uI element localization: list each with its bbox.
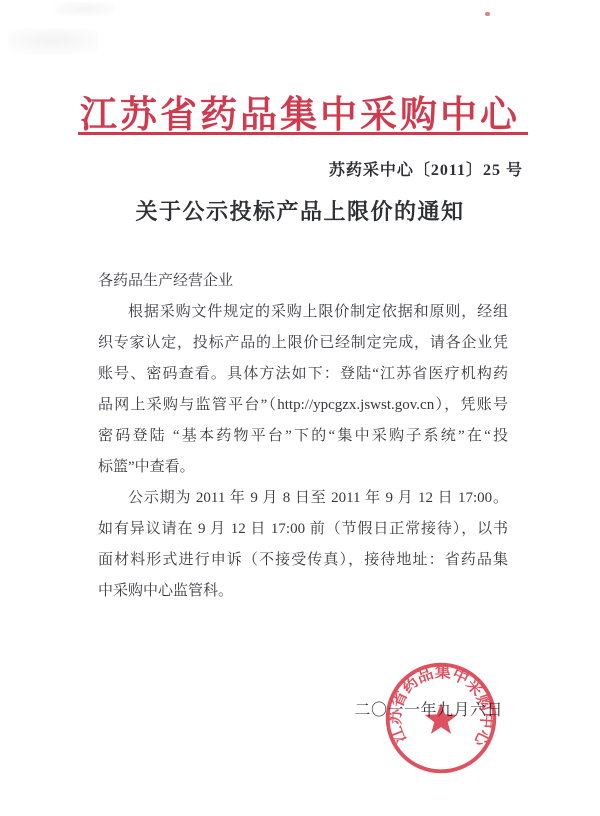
body-line: 标篮”中查看。 <box>98 452 508 483</box>
document-number: 苏药采中心〔2011〕25 号 <box>329 157 523 180</box>
scan-speck <box>485 12 490 16</box>
body-line: 账号、密码查看。具体方法如下：登陆“江苏省医疗机构药 <box>98 359 508 390</box>
body-line: 中采购中心监管科。 <box>98 576 508 607</box>
scan-smudge <box>55 2 115 16</box>
body-line: 品网上采购与监管平台”（http://ypcgzx.jswst.gov.cn），… <box>98 390 508 421</box>
scan-smudge <box>8 28 98 54</box>
notice-title: 关于公示投标产品上限价的通知 <box>0 195 600 226</box>
body-line: 织专家认定，投标产品的上限价已经制定完成，请各企业凭 <box>98 328 508 359</box>
red-divider-line <box>78 132 528 135</box>
body-line: 如有异议请在 9 月 12 日 17:00 前（节假日正常接待），以书 <box>98 514 508 545</box>
seal-star-icon <box>425 703 457 734</box>
body-line: 根据采购文件规定的采购上限价制定依据和原则，经组 <box>98 297 508 328</box>
official-seal-stamp: 江苏省药品集中采购中心 <box>377 654 505 782</box>
document-page: 江苏省药品集中采购中心 苏药采中心〔2011〕25 号 关于公示投标产品上限价的… <box>0 0 600 816</box>
body-line: 公示期为 2011 年 9 月 8 日至 2011 年 9 月 12 日 17:… <box>98 483 508 514</box>
body-line: 各药品生产经营企业 <box>98 266 508 297</box>
body-line: 面材料形式进行申诉（不接受传真），接待地址：省药品集 <box>98 545 508 576</box>
notice-body: 各药品生产经营企业 根据采购文件规定的采购上限价制定依据和原则，经组 织专家认定… <box>98 266 508 607</box>
body-line: 密码登陆 “基本药物平台”下的“集中采购子系统”在“投 <box>98 421 508 452</box>
org-letterhead-title: 江苏省药品集中采购中心 <box>0 84 600 138</box>
